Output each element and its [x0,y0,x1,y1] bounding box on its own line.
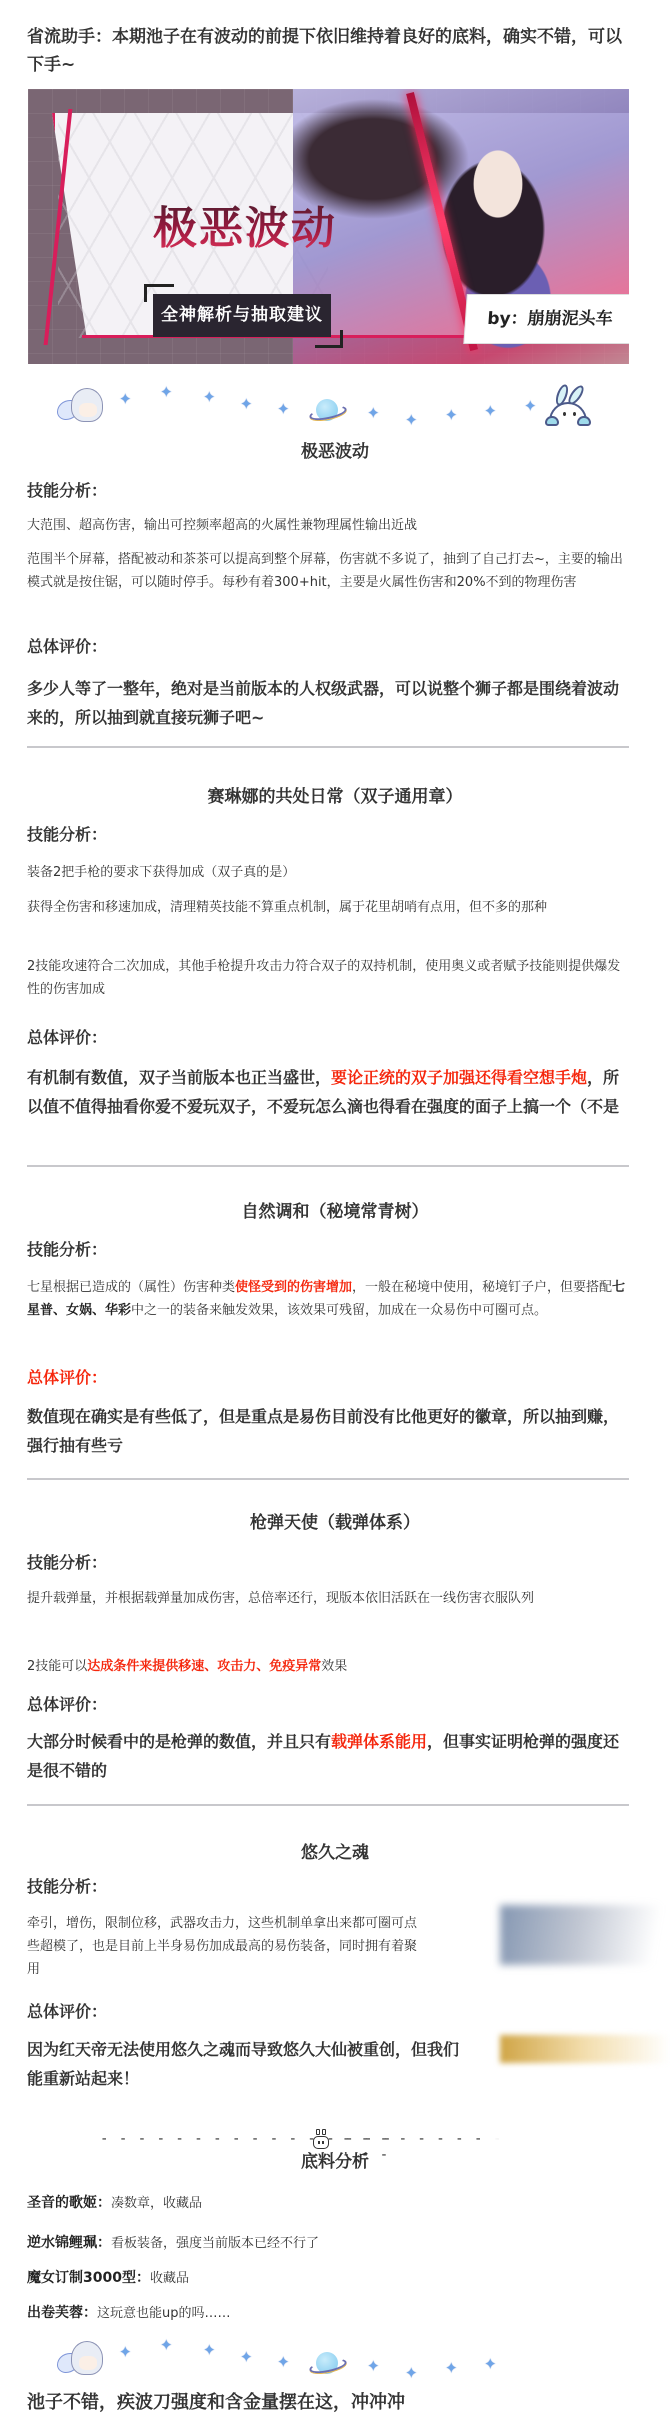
overall-eval-text: 大部分时候看中的是枪弹的数值，并且只有载弹体系能用，但事实证明枪弹的强度还是很不… [27,1727,629,1785]
skill-paragraph: 2技能可以达成条件来提供移速、攻击力、免疫异常效果 [27,1655,629,1678]
skill-paragraph: 装备2把手枪的要求下获得加成（双子真的是） [27,861,629,884]
highlight-text: 载弹体系能用 [331,1732,427,1751]
skill-text: ，一般在秘境中使用，秘境钉子户，但要搭配 [352,1280,612,1295]
skill-paragraph: 2技能攻速符合二次加成，其他手枪提升攻击力符合双子的双持机制，使用奥义或者赋予技… [27,955,629,1001]
sparkle-icon: ✦ [484,404,497,419]
highlight-text: 达成条件来提供移速、攻击力、免疫异常 [87,1659,321,1674]
overall-eval-text: 数值现在确实是有些低了，但是重点是易伤目前没有比他更好的徽章，所以抽到赚，强行抽… [27,1402,629,1460]
bunny-mascot-icon [543,384,593,424]
planet-icon [316,2352,338,2374]
overall-eval-label: 总体评价： [27,1692,107,1715]
sparkle-icon: ✦ [160,2338,173,2353]
overall-eval-label: 总体评价： [27,1999,107,2022]
sparkle-icon: ✦ [203,2343,216,2358]
base-item: 圣音的歌姬：凑数章，收藏品 [27,2192,202,2212]
skill-paragraph: 提升载弹量，并根据载弹量加成伤害，总倍率还行，现版本依旧活跃在一线伤害衣服队列 [27,1587,629,1610]
base-item-desc: 这玩意也能up的吗…… [97,2306,231,2321]
base-analysis-title: 底料分析 [27,2147,643,2172]
sparkle-icon: ✦ [405,413,418,428]
section-title-4: 枪弹天使（载弹体系） [27,1508,643,1533]
closing-text: 池子不错，疾波刀强度和含金量摆在这，冲冲冲 [27,2388,405,2414]
skill-paragraph: 大范围、超高伤害，输出可控频率超高的火属性兼物理属性输出近战 [27,514,629,537]
article: 省流助手：本期池子在有波动的前提下依旧维持着良好的底料，确实不错，可以下手~ 极… [0,0,670,2427]
chibi-girl-mascot-icon [57,386,107,426]
sparkle-icon: ✦ [277,402,290,417]
base-item-name: 出卷芙蓉： [27,2305,97,2321]
sparkle-icon: ✦ [277,2355,290,2370]
skill-analysis-label: 技能分析： [27,822,107,845]
base-item-desc: 看板装备，强度当前版本已经不行了 [111,2236,319,2251]
sparkle-icon: ✦ [203,390,216,405]
sparkle-icon: ✦ [405,2366,418,2381]
base-item: 魔女订制3000型：收藏品 [27,2267,189,2287]
decoration-divider: ✦ ✦ ✦ ✦ ✦ ✦ ✦ ✦ ✦ [27,2333,643,2385]
base-item: 出卷芙蓉：这玩意也能up的吗…… [27,2302,231,2322]
skill-text: 七星根据已造成的（属性）伤害种类 [27,1280,235,1295]
sparkle-icon: ✦ [119,392,132,407]
sparkle-icon: ✦ [160,385,173,400]
overall-eval-label: 总体评价： [27,634,107,657]
bracket-icon [315,330,343,348]
sparkle-icon: ✦ [240,2350,253,2365]
section-divider [27,1165,629,1167]
banner-title: 极恶波动 [153,192,337,256]
sparkle-icon: ✦ [367,2359,380,2374]
skill-analysis-label: 技能分析： [27,478,107,501]
planet-icon [316,399,338,421]
highlight-text: 要论正统的双子加强还得看空想手炮 [331,1068,587,1087]
decoration-divider: ✦ ✦ ✦ ✦ ✦ ✦ ✦ ✦ ✦ ✦ [27,380,643,432]
banner-image: 极恶波动 全神解析与抽取建议 by：崩崩泥头车 [28,89,629,364]
skill-text: 效果 [321,1659,347,1674]
skill-analysis-label: 技能分析： [27,1550,107,1573]
section-divider [27,1478,629,1480]
sparkle-icon: ✦ [119,2345,132,2360]
base-item-name: 魔女订制3000型： [27,2270,150,2286]
section-title-2: 赛琳娜的共处日常（双子通用章） [27,782,643,807]
skill-paragraph-line: 些超模了，也是目前上半身易伤加成最高的易伤装备，同时拥有着聚 [27,1935,629,1958]
section-title-3: 自然调和（秘境常青树） [27,1197,643,1222]
sparkle-icon: ✦ [484,2357,497,2372]
skill-paragraph-line: 用 [27,1958,629,1981]
overall-eval-text: 有机制有数值，双子当前版本也正当盛世，要论正统的双子加强还得看空想手炮，所以值不… [27,1063,629,1121]
section-title-1: 极恶波动 [27,437,643,462]
overall-eval-line: 因为红天帝无法使用悠久之魂而导致悠久大仙被重创，但我们 [27,2035,629,2064]
base-item-name: 圣音的歌姬： [27,2195,111,2211]
overall-eval-text: 多少人等了一整年，绝对是当前版本的人权级武器，可以说整个狮子都是围绕着波动来的，… [27,674,629,732]
skill-analysis-label: 技能分析： [27,1874,107,1897]
skill-paragraph: 范围半个屏幕，搭配被动和茶茶可以提高到整个屏幕，伤害就不多说了，抽到了自己打去~… [27,548,627,594]
eval-text: 大部分时候看中的是枪弹的数值，并且只有 [27,1732,331,1751]
skill-analysis-label: 技能分析： [27,1237,107,1260]
chibi-girl-mascot-icon [57,2339,107,2379]
section-title-5: 悠久之魂 [27,1838,643,1863]
base-item-desc: 凑数章，收藏品 [111,2196,202,2211]
skill-paragraph: 七星根据已造成的（属性）伤害种类使怪受到的伤害增加，一般在秘境中使用，秘境钉子户… [27,1276,629,1322]
overall-eval-label: 总体评价： [27,1025,107,1048]
sparkle-icon: ✦ [524,399,537,414]
banner-subtitle: 全神解析与抽取建议 [153,294,331,337]
base-item-desc: 收藏品 [150,2271,189,2286]
intro-summary: 省流助手：本期池子在有波动的前提下依旧维持着良好的底料，确实不错，可以下手~ [27,23,637,79]
skill-paragraph: 获得全伤害和移速加成，清理精英技能不算重点机制，属于花里胡哨有点用，但不多的那种 [27,896,629,919]
sparkle-icon: ✦ [445,408,458,423]
eval-text: 有机制有数值，双子当前版本也正当盛世， [27,1068,331,1087]
overall-eval-line: 能重新站起来！ [27,2064,629,2093]
section-divider [27,1804,629,1806]
overall-eval-label: 总体评价： [27,1365,107,1388]
sparkle-icon: ✦ [240,397,253,412]
highlight-text: 使怪受到的伤害增加 [235,1280,352,1295]
skill-paragraph-line: 牵引，增伤，限制位移，武器攻击力，这些机制单拿出来都可圈可点 [27,1912,629,1935]
skill-text: 2技能可以 [27,1659,87,1674]
base-item: 逆水锦鲤珮：看板装备，强度当前版本已经不行了 [27,2232,319,2252]
section-divider [27,746,629,748]
sparkle-icon: ✦ [367,406,380,421]
skill-text: 中之一的装备来触发效果，该效果可残留，加成在一众易伤中可圈可点。 [131,1303,547,1318]
banner-byline: by：崩崩泥头车 [464,295,629,343]
base-item-name: 逆水锦鲤珮： [27,2235,111,2251]
sparkle-icon: ✦ [445,2361,458,2376]
